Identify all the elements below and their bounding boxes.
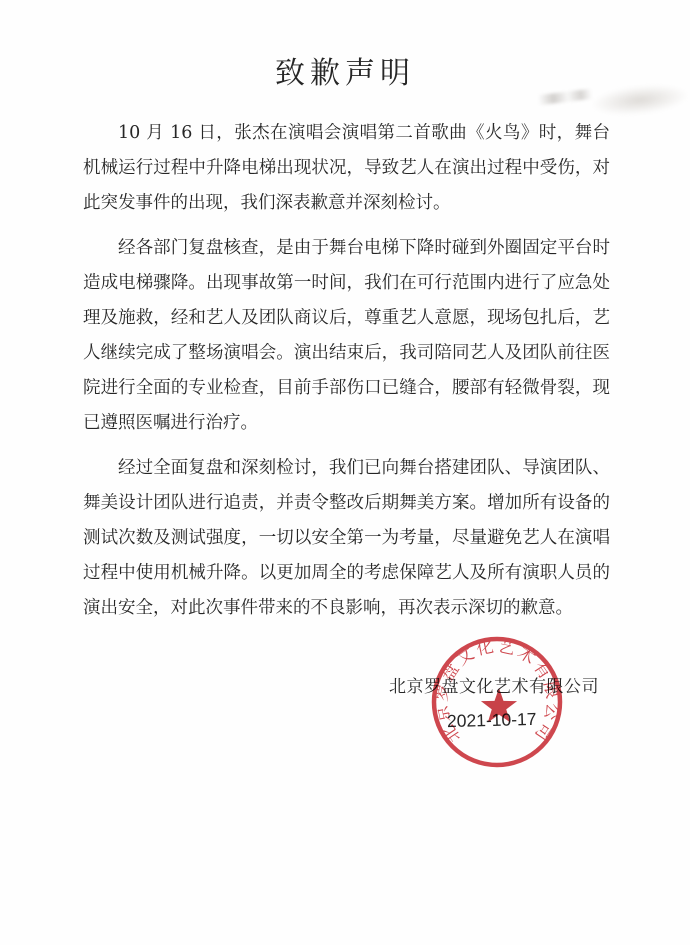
company-seal-stamp: 北京罗盘文化艺术有限公司	[428, 633, 566, 771]
document-body: 10 月 16 日，张杰在演唱会演唱第二首歌曲《火鸟》时，舞台机械运行过程中升降…	[83, 116, 610, 626]
seal-ring-text: 北京罗盘文化艺术有限公司	[431, 636, 562, 746]
paragraph-incident: 10 月 16 日，张杰在演唱会演唱第二首歌曲《火鸟》时，舞台机械运行过程中升降…	[83, 116, 610, 221]
apology-statement-document: 致歉声明 10 月 16 日，张杰在演唱会演唱第二首歌曲《火鸟》时，舞台机械运行…	[0, 0, 690, 945]
star-icon	[481, 688, 517, 722]
paragraph-accountability: 经过全面复盘和深刻检讨，我们已向舞台搭建团队、导演团队、舞美设计团队进行追责，并…	[83, 451, 610, 626]
paragraph-investigation: 经各部门复盘核查，是由于舞台电梯下降时碰到外圈固定平台时造成电梯骤降。出现事故第…	[83, 231, 610, 441]
document-title: 致歉声明	[0, 48, 690, 92]
